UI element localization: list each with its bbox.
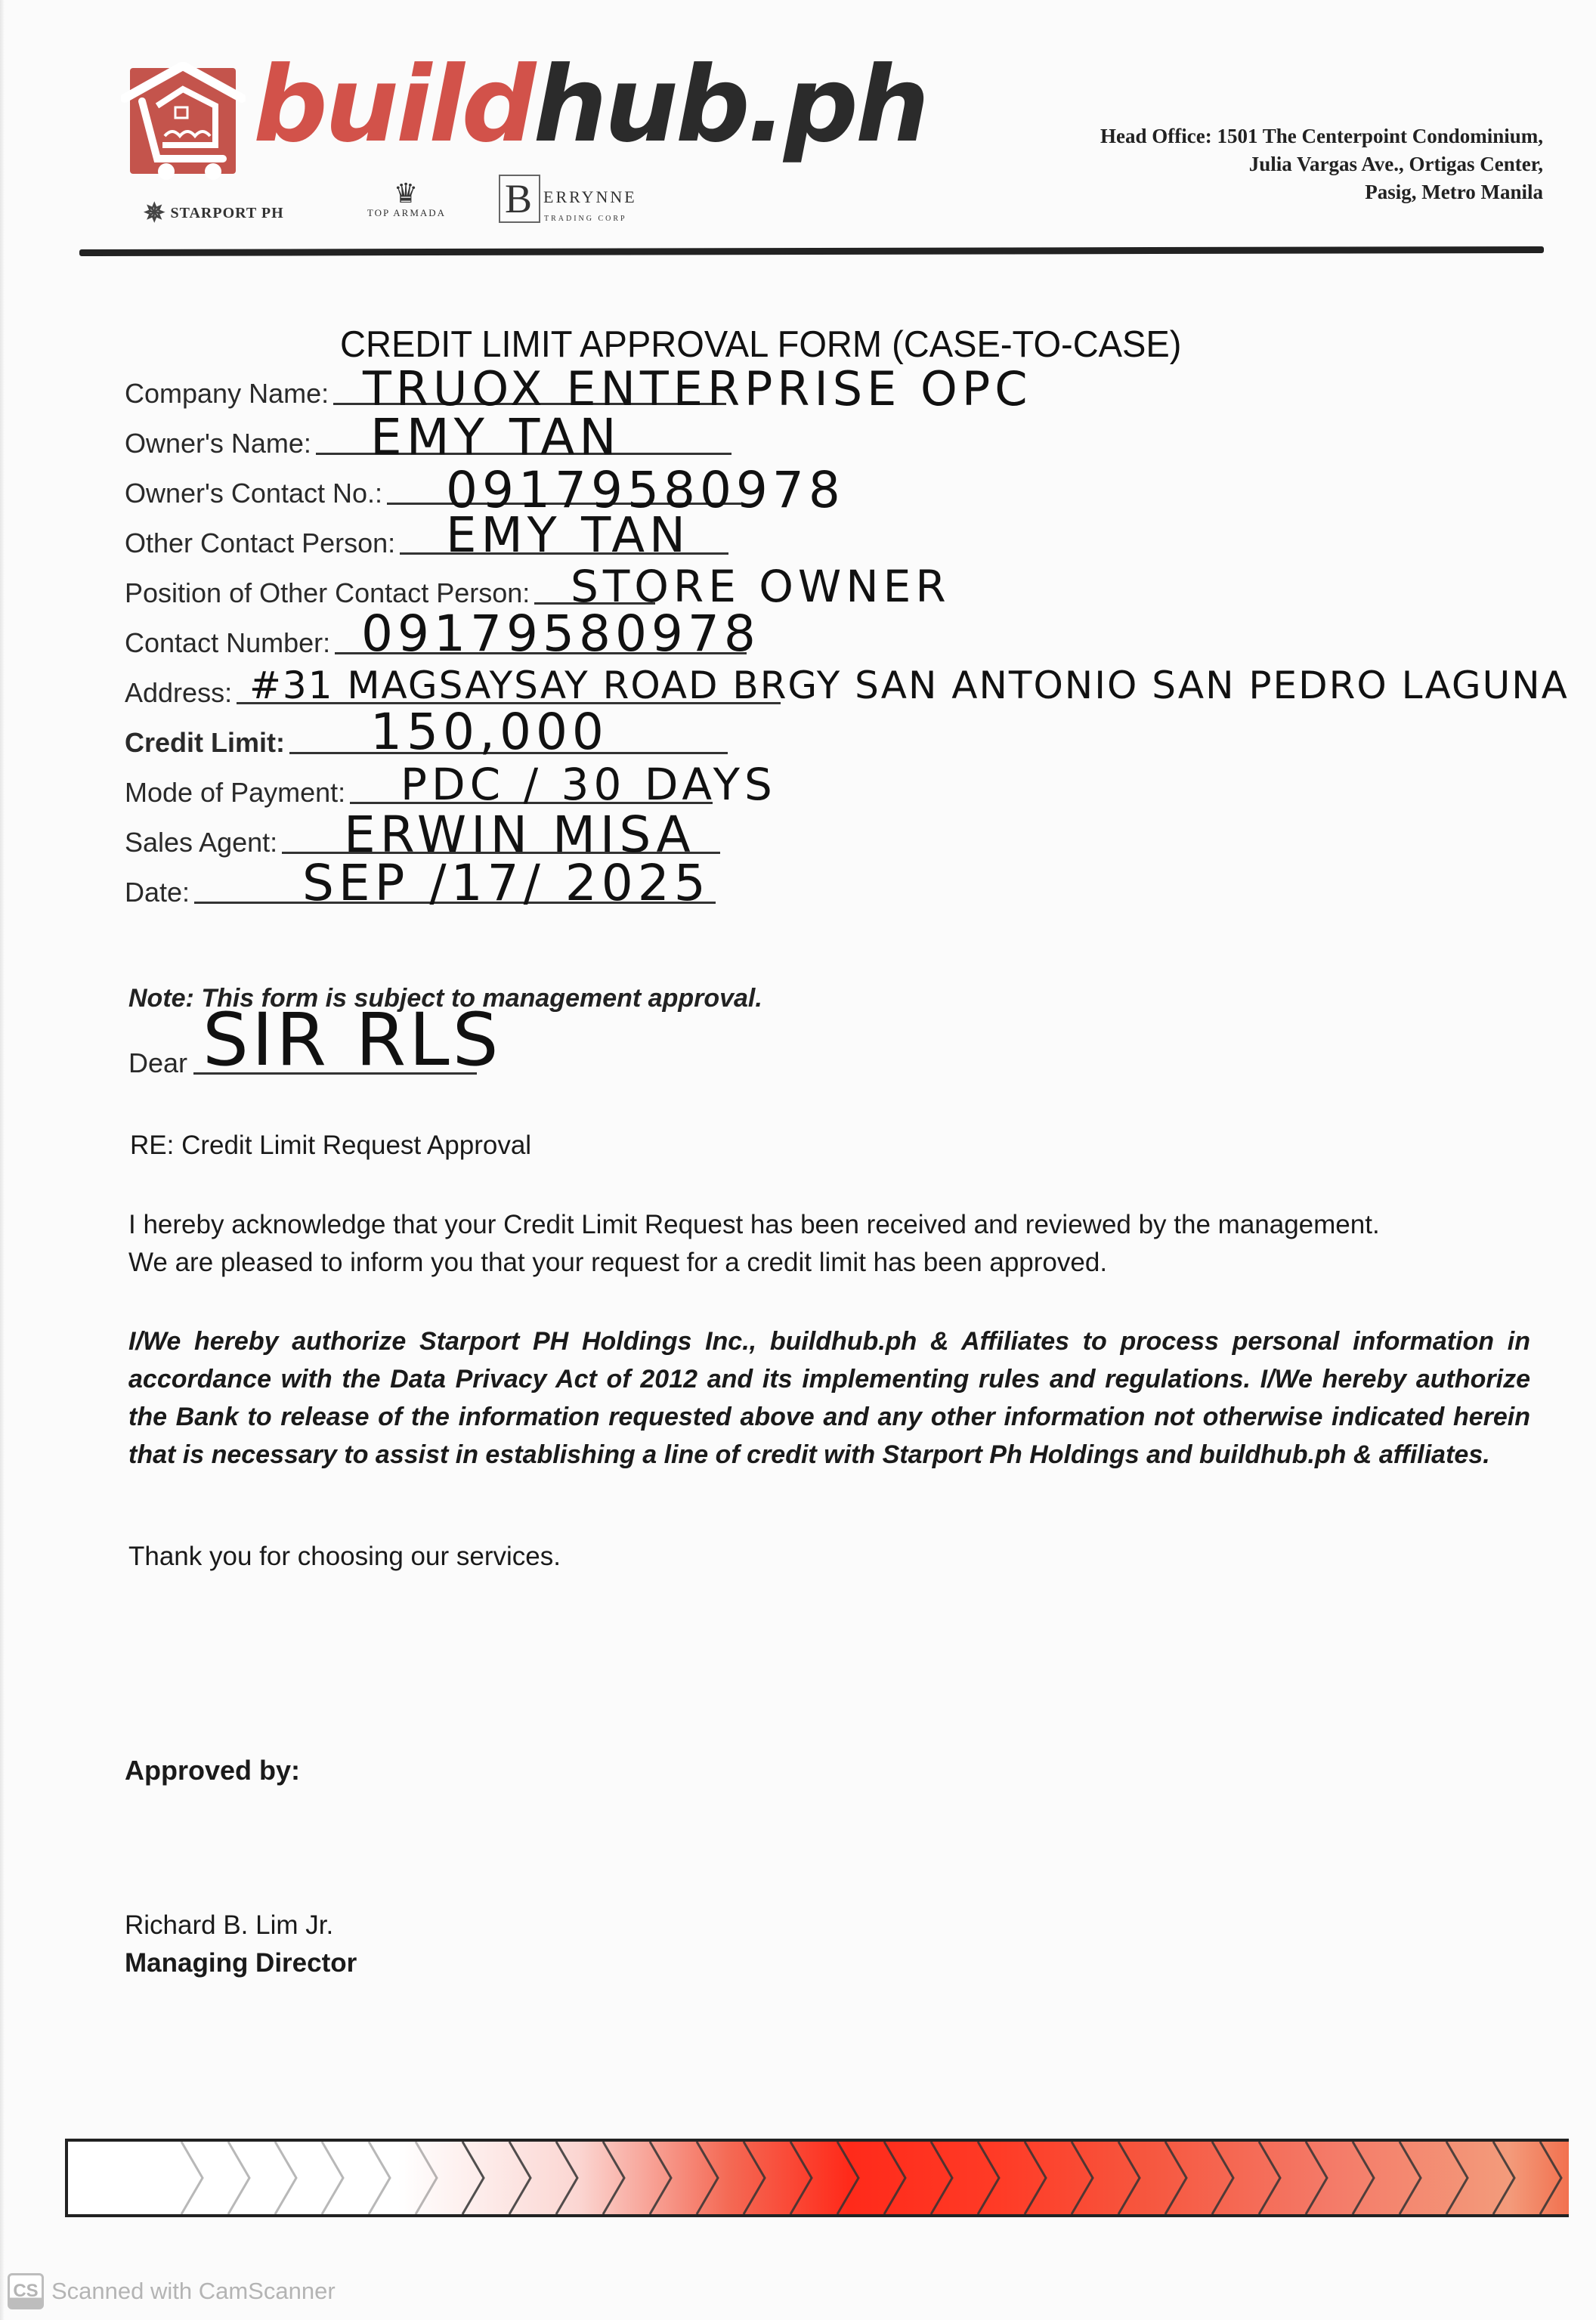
owner-name-label: Owner's Name: [125,428,311,459]
dear-value-handwritten[interactable]: SIR RLS [203,998,502,1082]
address-label: Address: [125,677,232,709]
buildhub-cart-house-logo-icon [121,62,246,183]
camscanner-watermark: CS Scanned with CamScanner [8,2273,336,2309]
top-armada-label: TOP ARMADA [354,207,459,219]
camscanner-logo-icon: CS [8,2273,44,2309]
head-office-line-3: Pasig, Metro Manila [1100,178,1543,206]
owner-contact-label: Owner's Contact No.: [125,478,382,509]
thank-you-text: Thank you for choosing our services. [128,1542,561,1572]
top-armada-logo: ♛ TOP ARMADA [354,180,459,219]
brand-build: build [253,44,533,165]
approved-by-label: Approved by: [125,1755,300,1786]
data-privacy-authorization-paragraph: I/We hereby authorize Starport PH Holdin… [128,1322,1530,1474]
starport-ph-logo: ✵ STARPORT PH [144,198,284,228]
starport-label: STARPORT PH [171,205,284,222]
acknowledgement-line-2: We are pleased to inform you that your r… [128,1244,1549,1282]
company-name-label: Company Name: [125,378,329,410]
date-label: Date: [125,877,190,908]
credit-limit-label: Credit Limit: [125,727,285,759]
re-subject: RE: Credit Limit Request Approval [130,1131,531,1161]
sales-agent-label: Sales Agent: [125,827,277,858]
starport-star-icon: ✵ [144,198,166,228]
brand-hub-ph: hub.ph [533,44,926,165]
mode-of-payment-label: Mode of Payment: [125,777,345,809]
head-office-address: Head Office: 1501 The Centerpoint Condom… [1100,122,1543,206]
signer-name: Richard B. Lim Jr. [125,1910,333,1941]
berrynne-sub-label: TRADING CORP [544,215,637,223]
credit-limit-value[interactable]: 150,000 [370,703,608,761]
brand-wordmark: buildhub.ph [253,53,926,157]
address-value[interactable]: #31 MAGSAYSAY ROAD BRGY SAN ANTONIO SAN … [249,664,1569,707]
camscanner-text: Scanned with CamScanner [51,2278,336,2305]
date-value[interactable]: SEP /17/ 2025 [302,854,710,912]
berrynne-trading-logo: BERRYNNE TRADING CORP [499,178,637,223]
header-divider [79,246,1544,256]
mode-of-payment-value[interactable]: PDC / 30 DAYS [401,759,777,810]
head-office-line-2: Julia Vargas Ave., Ortigas Center, [1100,150,1543,178]
crown-icon: ♛ [354,180,459,207]
footer-chevron-band [65,2139,1569,2217]
berrynne-label: ERRYNNE [543,187,637,206]
other-contact-person-label: Other Contact Person: [125,527,395,559]
acknowledgement-line-1: I hereby acknowledge that your Credit Li… [128,1206,1549,1244]
contact-number-label: Contact Number: [125,627,330,659]
scan-edge-shadow [0,0,5,2320]
form-title: CREDIT LIMIT APPROVAL FORM (CASE-TO-CASE… [340,323,1181,366]
other-contact-person-value[interactable]: EMY TAN [446,508,690,564]
acknowledgement-paragraph: I hereby acknowledge that your Credit Li… [128,1206,1549,1282]
contact-number-value[interactable]: 09179580978 [361,605,760,663]
dear-label: Dear [128,1047,187,1079]
signer-title: Managing Director [125,1948,357,1978]
head-office-line-1: Head Office: 1501 The Centerpoint Condom… [1100,122,1543,150]
berrynne-monogram-icon: B [499,175,540,223]
owner-name-value[interactable]: EMY TAN [370,408,621,466]
